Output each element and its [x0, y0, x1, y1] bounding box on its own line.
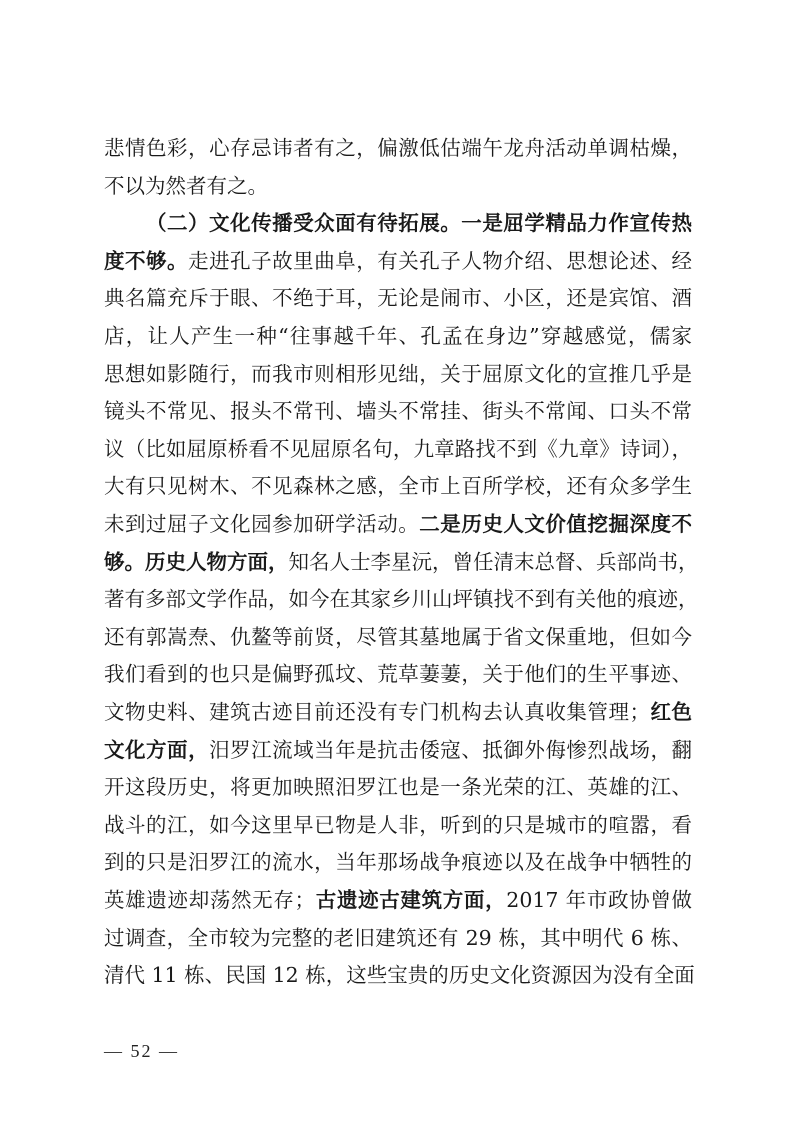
text-line: 我们看到的也只是偏野孤坟、荒草萋萋，关于他们的生平事迹、: [104, 659, 692, 689]
body-text-span: 还有郭嵩焘、仇鳌等前贤，尽管其墓地属于省文保重地，但如今: [104, 625, 692, 649]
text-line: 镜头不常见、报头不常刊、墙头不常挂、街头不常闻、口头不常: [104, 396, 692, 426]
text-line: 文物史料、建筑古迹目前还没有专门机构去认真收集管理；红色: [104, 697, 692, 727]
body-text-span: 未到过屈子文化园参加研学活动。: [104, 512, 419, 536]
body-text-span: 镜头不常见、报头不常刊、墙头不常挂、街头不常闻、口头不常: [104, 399, 692, 423]
text-line: 店，让人产生一种“往事越千年、孔孟在身边”穿越感觉，儒家: [104, 321, 692, 351]
text-line: 思想如影随行，而我市则相形见绌，关于屈原文化的宣推几乎是: [104, 359, 692, 389]
text-line: 到的只是汨罗江的流水，当年那场战争痕迹以及在战争中牺牲的: [104, 847, 692, 877]
bold-text: 度不够。: [104, 249, 188, 273]
body-text-span: 悲情色彩，心存忌讳者有之，偏激低估端午龙舟活动单调枯燥，: [104, 136, 692, 160]
body-text-span: 大有只见树木、不见森林之感，全市上百所学校，还有众多学生: [104, 474, 692, 498]
text-line: 英雄遗迹却荡然无存；古遗迹古建筑方面，2017 年市政协曾做: [104, 885, 692, 915]
text-line: 不以为然者有之。: [104, 171, 692, 201]
bold-text: 二是历史人文价值挖掘深度不: [419, 512, 692, 536]
body-text-span: 汨罗江流域当年是抗击倭寇、抵御外侮惨烈战场，翻: [209, 738, 692, 762]
text-line: 战斗的江，如今这里早已物是人非，听到的只是城市的喧嚣，看: [104, 810, 692, 840]
text-line: 典名篇充斥于眼、不绝于耳，无论是闹市、小区，还是宾馆、酒: [104, 283, 692, 313]
text-line: （二）文化传播受众面有待拓展。一是屈学精品力作宣传热: [146, 208, 692, 238]
page-number: — 52 —: [104, 1041, 179, 1062]
bold-text: 古遗迹古建筑方面，: [315, 888, 506, 912]
body-text-span: 议（比如屈原桥看不见屈原名句，九章路找不到《九章》诗词），: [104, 437, 692, 461]
text-line: 悲情色彩，心存忌讳者有之，偏激低估端午龙舟活动单调枯燥，: [104, 133, 692, 163]
body-text-span: 到的只是汨罗江的流水，当年那场战争痕迹以及在战争中牺牲的: [104, 850, 692, 874]
body-text-span: 著有多部文学作品，如今在其家乡川山坪镇找不到有关他的痕迹，: [104, 587, 699, 611]
text-line: 未到过屈子文化园参加研学活动。二是历史人文价值挖掘深度不: [104, 509, 692, 539]
body-text-span: 2017 年市政协曾做: [506, 888, 692, 912]
text-line: 还有郭嵩焘、仇鳌等前贤，尽管其墓地属于省文保重地，但如今: [104, 622, 692, 652]
body-text-span: 战斗的江，如今这里早已物是人非，听到的只是城市的喧嚣，看: [104, 813, 692, 837]
text-line: 议（比如屈原桥看不见屈原名句，九章路找不到《九章》诗词），: [104, 434, 692, 464]
bold-text: 文化方面，: [104, 738, 209, 762]
body-text-span: 不以为然者有之。: [104, 174, 268, 198]
body-text-span: 开这段历史，将更加映照汨罗江也是一条光荣的江、英雄的江、: [104, 775, 692, 799]
body-text-span: 清代 11 栋、民国 12 栋，这些宝贵的历史文化资源因为没有全面: [104, 963, 695, 987]
body-text-span: 思想如影随行，而我市则相形见绌，关于屈原文化的宣推几乎是: [104, 362, 692, 386]
text-line: 开这段历史，将更加映照汨罗江也是一条光荣的江、英雄的江、: [104, 772, 692, 802]
text-line: 过调查，全市较为完整的老旧建筑还有 29 栋，其中明代 6 栋、: [104, 923, 692, 953]
body-text-span: 店，让人产生一种“往事越千年、孔孟在身边”穿越感觉，儒家: [104, 324, 692, 348]
text-line: 著有多部文学作品，如今在其家乡川山坪镇找不到有关他的痕迹，: [104, 584, 692, 614]
document-page: 悲情色彩，心存忌讳者有之，偏激低估端午龙舟活动单调枯燥，不以为然者有之。（二）文…: [0, 0, 793, 1122]
body-text-span: 英雄遗迹却荡然无存；: [104, 888, 315, 912]
bold-text: （二）文化传播受众面有待拓展。一是屈学精品力作宣传热: [146, 211, 692, 235]
bold-text: 够。历史人物方面，: [104, 550, 289, 574]
text-line: 够。历史人物方面，知名人士李星沅，曾任清末总督、兵部尚书，: [104, 547, 692, 577]
body-text-span: 过调查，全市较为完整的老旧建筑还有 29 栋，其中明代 6 栋、: [104, 926, 692, 950]
text-line: 度不够。走进孔子故里曲阜，有关孔子人物介绍、思想论述、经: [104, 246, 692, 276]
body-text-span: 知名人士李星沅，曾任清末总督、兵部尚书，: [289, 550, 699, 574]
body-text-span: 我们看到的也只是偏野孤坟、荒草萋萋，关于他们的生平事迹、: [104, 662, 692, 686]
body-text-span: 典名篇充斥于眼、不绝于耳，无论是闹市、小区，还是宾馆、酒: [104, 286, 692, 310]
text-line: 大有只见树木、不见森林之感，全市上百所学校，还有众多学生: [104, 471, 692, 501]
text-line: 文化方面，汨罗江流域当年是抗击倭寇、抵御外侮惨烈战场，翻: [104, 735, 692, 765]
bold-text: 红色: [650, 700, 692, 724]
body-text-span: 走进孔子故里曲阜，有关孔子人物介绍、思想论述、经: [188, 249, 692, 273]
text-line: 清代 11 栋、民国 12 栋，这些宝贵的历史文化资源因为没有全面: [104, 960, 692, 990]
body-text-span: 文物史料、建筑古迹目前还没有专门机构去认真收集管理；: [104, 700, 650, 724]
